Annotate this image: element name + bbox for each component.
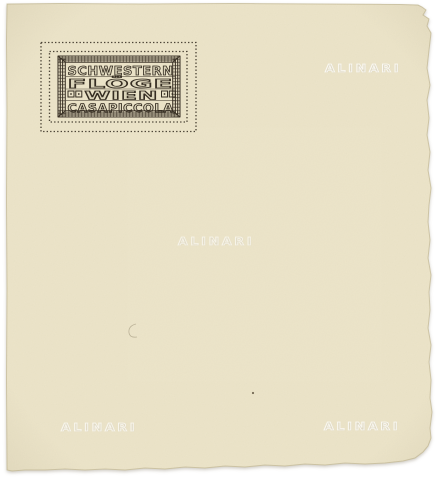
alinari-watermark: ALINARI [325, 62, 401, 74]
alinari-watermark: ALINARI [324, 420, 400, 432]
alinari-watermark: ALINARI [178, 235, 254, 247]
archive-photo: SCHWESTERN FLÖGE WIEN CASAPICCOLA ALINAR… [0, 0, 442, 480]
paper-speck [252, 392, 254, 394]
alinari-watermark: ALINARI [61, 421, 137, 433]
stamp-line-casa-piccola: CASAPICCOLA [68, 101, 174, 115]
